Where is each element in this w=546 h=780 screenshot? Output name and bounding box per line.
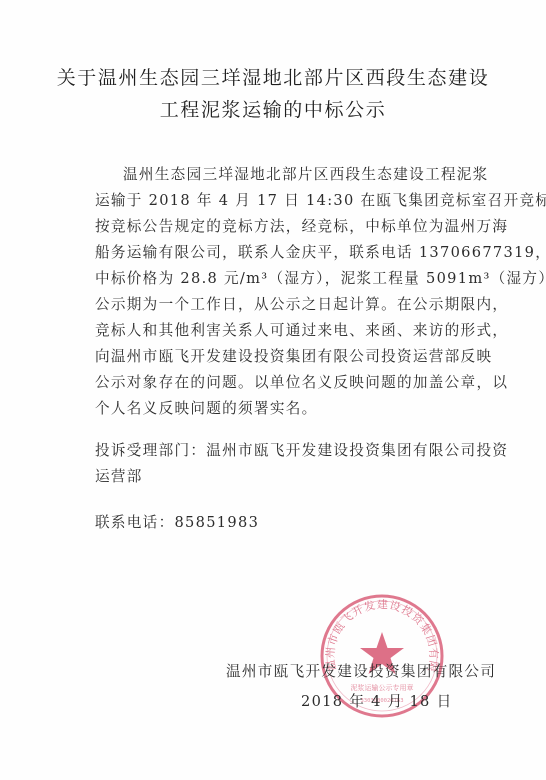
body-line: 按竞标公告规定的竞标方法，经竞标，中标单位为温州万海	[95, 218, 495, 236]
document-title-line1: 关于温州生态园三垟湿地北部片区西段生态建设	[0, 63, 546, 90]
signature-organization: 温州市瓯飞开发建设投资集团有限公司	[226, 660, 496, 681]
complaint-department-line2: 运营部	[95, 468, 495, 486]
complaint-department-line1: 投诉受理部门：温州市瓯飞开发建设投资集团有限公司投资	[95, 442, 495, 460]
contact-phone: 联系电话：85851983	[95, 514, 495, 532]
document-page: 关于温州生态园三垟湿地北部片区西段生态建设 工程泥浆运输的中标公示 温州生态园三…	[0, 0, 546, 780]
body-line: 个人名义反映问题的须署实名。	[95, 400, 495, 418]
body-line: 公示期为一个工作日，从公示之日起计算。在公示期限内，	[95, 296, 495, 314]
body-line: 向温州市瓯飞开发建设投资集团有限公司投资运营部反映	[95, 348, 495, 366]
body-line: 船务运输有限公司，联系人金庆平，联系电话 13706677319，	[95, 244, 495, 262]
body-line: 公示对象存在的问题。以单位名义反映问题的加盖公章，以	[95, 374, 495, 392]
signature-date: 2018 年 4 月 18 日	[301, 690, 452, 711]
document-title-line2: 工程泥浆运输的中标公示	[0, 95, 546, 122]
body-line: 中标价格为 28.8 元/m³（湿方），泥浆工程量 5091m³（湿方）。	[95, 270, 495, 288]
body-line: 竞标人和其他利害关系人可通过来电、来函、来访的形式，	[95, 322, 495, 340]
body-line: 运输于 2018 年 4 月 17 日 14:30 在瓯飞集团竞标室召开竞标。	[95, 192, 495, 210]
body-line: 温州生态园三垟湿地北部片区西段生态建设工程泥浆	[123, 166, 523, 184]
